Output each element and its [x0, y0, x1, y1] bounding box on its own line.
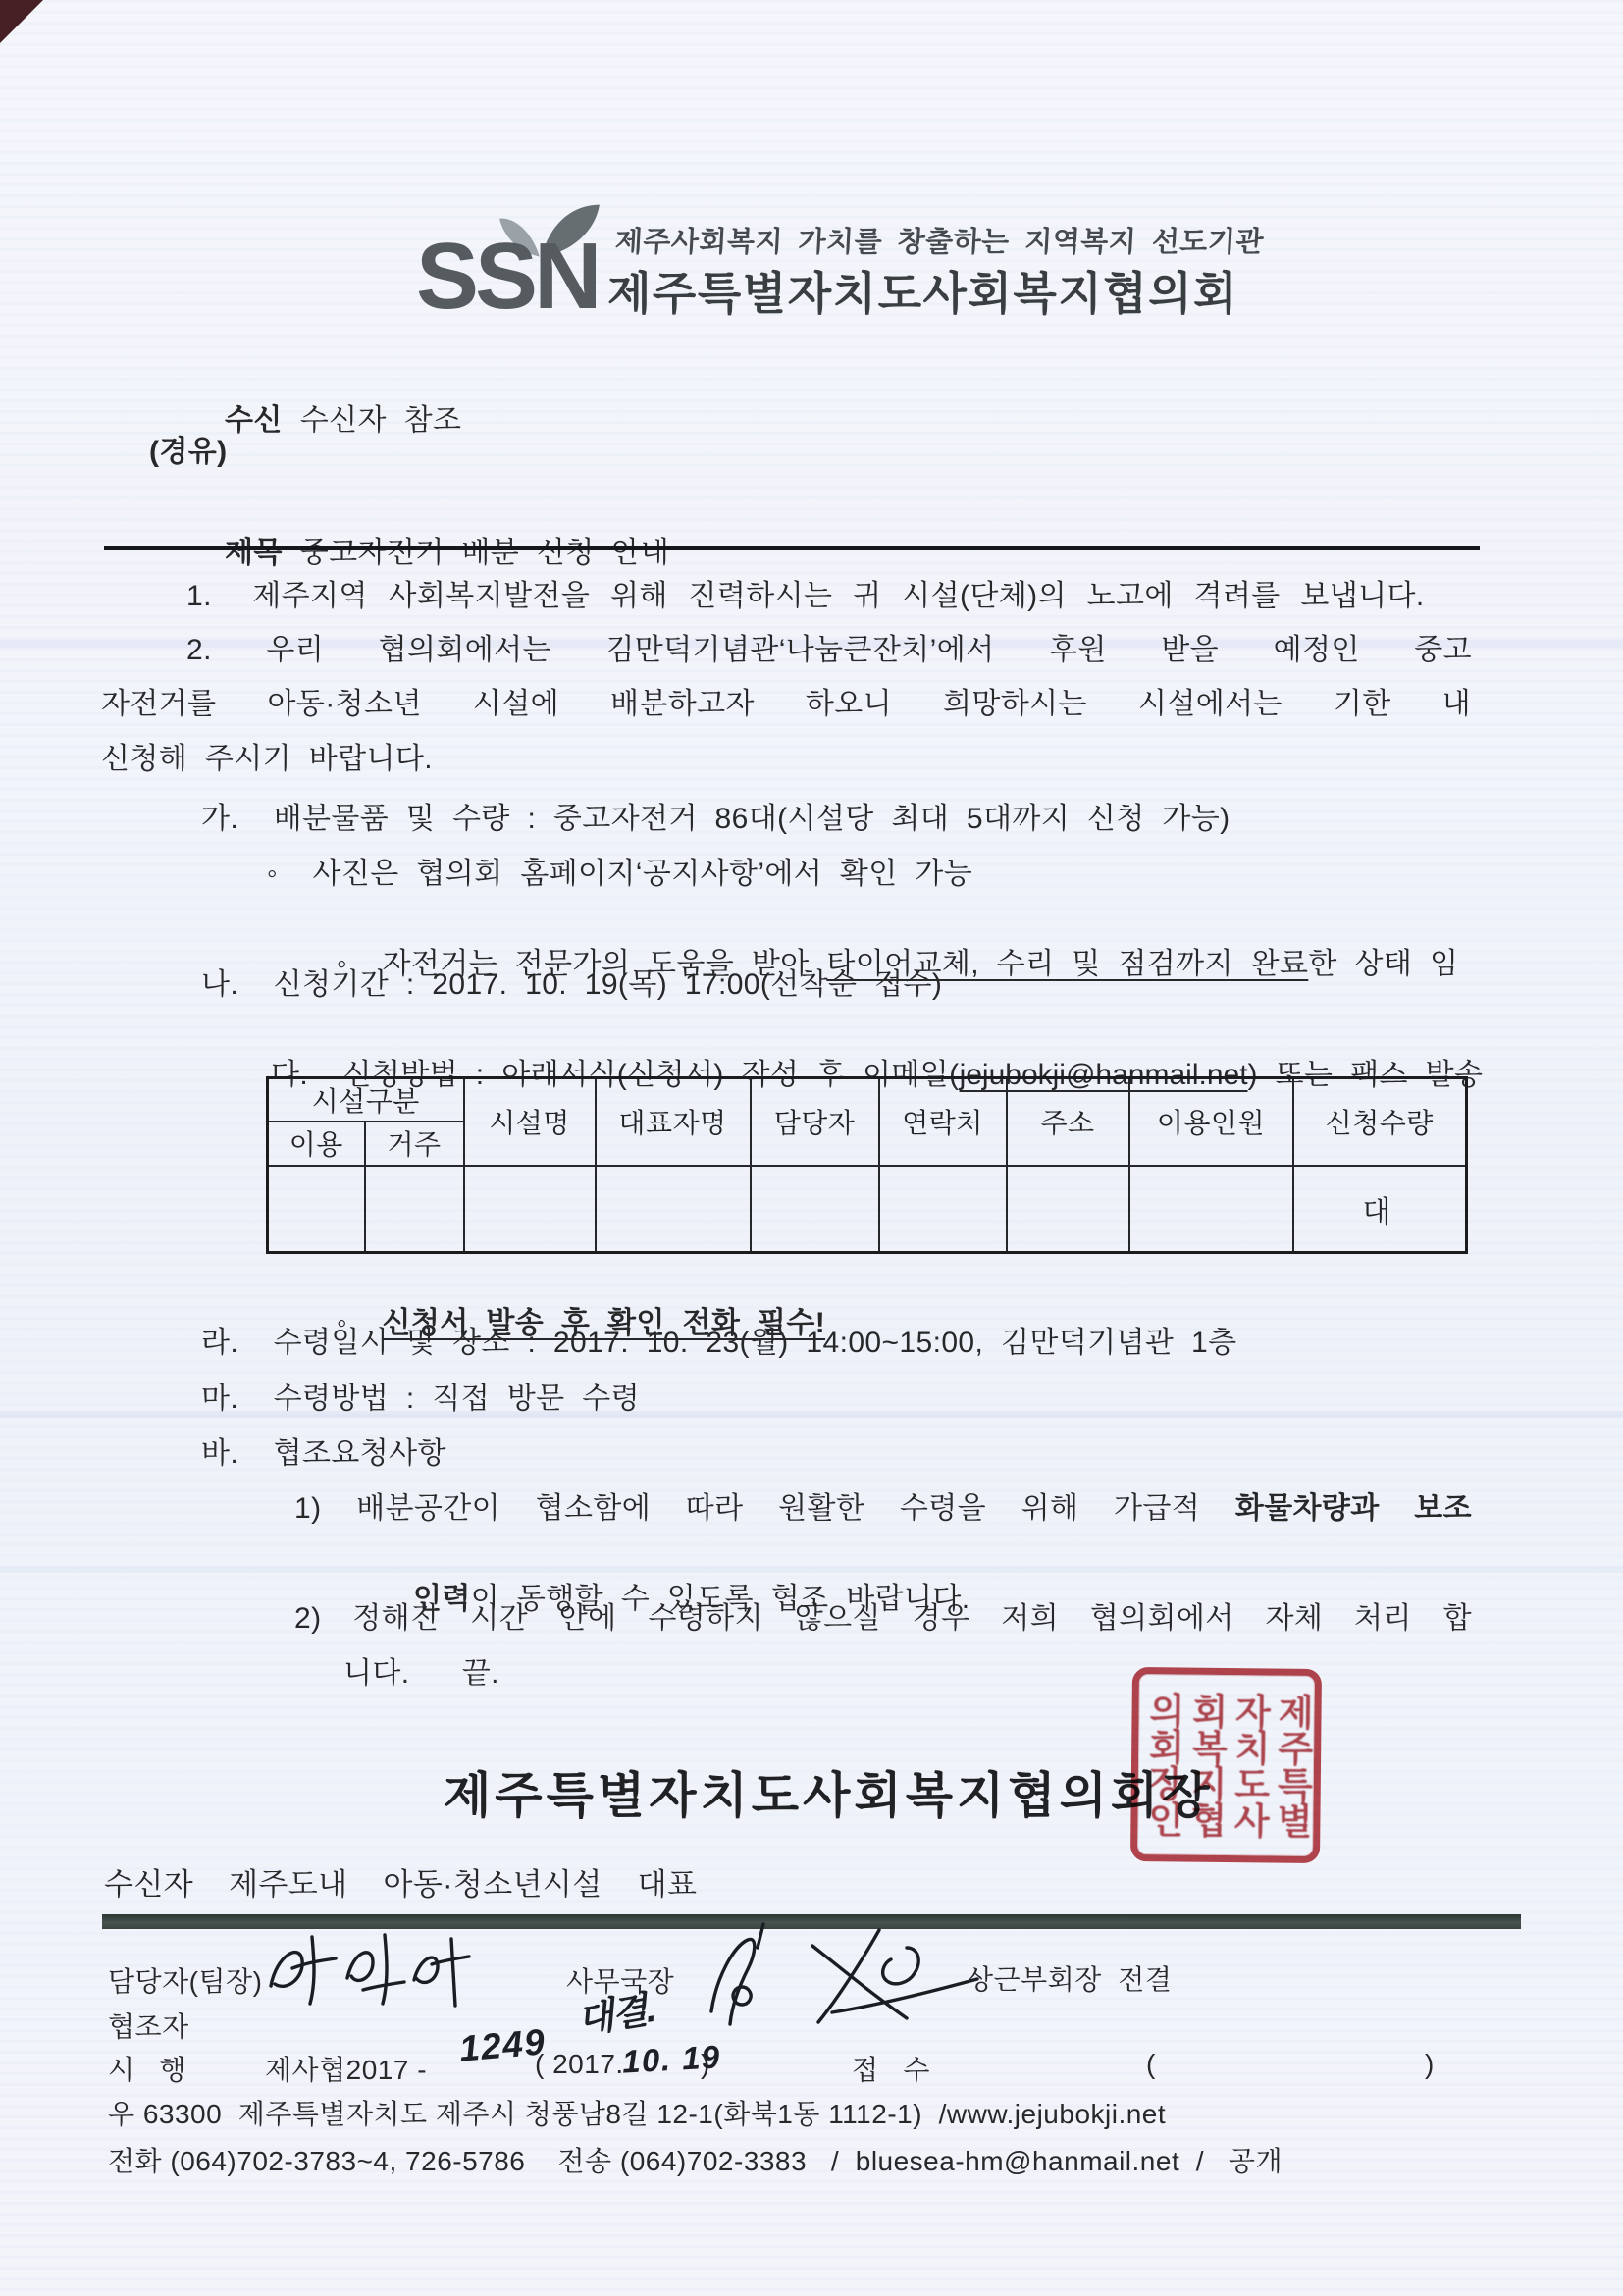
col-address: 주소 — [1007, 1078, 1129, 1166]
manager-label: 담당자(팀장) — [108, 1960, 262, 2000]
seal-text: 의회장인 — [1141, 1692, 1182, 1837]
seal-column: 의회장인 — [1141, 1678, 1182, 1851]
subject-value: 중고자전거 배분 신청 안내 — [300, 537, 669, 569]
body-line: 신청해 주시기 바랍니다. — [101, 742, 433, 777]
seal-column: 제주특별 — [1270, 1679, 1311, 1852]
scanned-official-document: SSN 제주사회복지 가치를 창출하는 지역복지 선도기관 제주특별자치도사회복… — [0, 0, 1623, 2296]
col-manager: 담당자 — [751, 1078, 879, 1166]
subject-label: 제목 — [225, 537, 283, 569]
doc-number-prefix: 제사협2017 - — [265, 2049, 427, 2088]
col-users: 이용인원 — [1129, 1078, 1293, 1166]
seal-column: 회복지협 — [1184, 1679, 1226, 1852]
cell-use — [268, 1166, 365, 1253]
secretary-general-signature — [687, 1918, 981, 2034]
sub-item-1-pre: 1) 배분공간이 협소함에 따라 원활한 수령을 위해 가급적 — [294, 1492, 1235, 1525]
application-form-table: 시설구분 시설명 대표자명 담당자 연락처 주소 이용인원 신청수량 이용 거주… — [266, 1076, 1468, 1254]
receipt-paren-open: ( — [1146, 2049, 1156, 2080]
bullet-bicycle-post: 한 상태 임 — [1308, 948, 1458, 980]
col-representative: 대표자명 — [596, 1078, 751, 1166]
phone-line: 전화 (064)702-3783~4, 726-5786 전송 (064)702… — [108, 2140, 1283, 2179]
official-seal-stamp: 제주특별 자치도사 회복지협 의회장인 — [1130, 1667, 1322, 1863]
cooperator-label: 협조자 — [108, 2006, 189, 2045]
receipt-paren-close: ) — [1425, 2049, 1435, 2080]
cell-quantity-unit: 대 — [1293, 1166, 1467, 1253]
item-na: 나. 신청기간 : 2017. 10. 19(목) 17:00(선착순 접수) — [201, 967, 942, 1003]
recipients-line: 수신자 제주도내 아동·청소년시설 대표 — [104, 1867, 697, 1903]
body-line: 2. 우리 협의회에서는 김만덕기념관‘나눔큰잔치’에서 후원 받을 예정인 중… — [186, 633, 1472, 668]
scan-corner-fold — [0, 0, 43, 43]
header-rule — [104, 546, 1480, 550]
cell-users — [1129, 1166, 1293, 1253]
col-contact: 연락처 — [879, 1078, 1007, 1166]
manager-signature — [257, 1921, 488, 2024]
execution-date-open: ( 2017. — [535, 2049, 624, 2080]
item-ba: 바. 협조요청사항 — [201, 1436, 446, 1472]
col-facility-name: 시설명 — [464, 1078, 596, 1166]
execution-date-close: ) — [701, 2049, 710, 2080]
final-approver-label: 상근부회장 전결 — [967, 1958, 1172, 1998]
logo-slogan: 제주사회복지 가치를 창출하는 지역복지 선도기관 — [614, 220, 1265, 260]
col-quantity: 신청수량 — [1293, 1078, 1467, 1166]
table-row: 대 — [268, 1166, 1467, 1253]
receipt-label: 접 수 — [852, 2049, 930, 2088]
logo-acronym: SSN — [416, 230, 598, 324]
col-group-header: 시설구분 — [268, 1078, 464, 1122]
item-ra: 라. 수령일시 및 장소 : 2017. 10. 23(월) 14:00~15:… — [201, 1326, 1236, 1361]
via-line: (경유) — [149, 435, 228, 470]
issuer-title: 제주특별자치도사회복지협의회장 — [444, 1756, 1214, 1827]
cell-representative — [596, 1166, 751, 1253]
cell-facility — [464, 1166, 596, 1253]
org-name: 제주특별자치도사회복지협의회 — [607, 258, 1238, 323]
cell-contact — [879, 1166, 1007, 1253]
col-sub-residence: 거주 — [365, 1122, 464, 1166]
recipient-label: 수신 — [225, 404, 283, 437]
seal-column: 자치도사 — [1227, 1679, 1268, 1852]
sub-item-2: 2) 정해진 시간 안에 수령하지 않으실 경우 저희 협의회에서 자체 처리 … — [294, 1601, 1472, 1637]
bullet-photo: ◦ 사진은 협의회 홈페이지‘공지사항’에서 확인 가능 — [267, 857, 972, 892]
delegated-approval-note: 대결. — [573, 1978, 657, 2044]
cell-address — [1007, 1166, 1129, 1253]
body-line: 자전거를 아동·청소년 시설에 배분하고자 하오니 희망하시는 시설에서는 기한… — [101, 687, 1471, 722]
item-ga: 가. 배분물품 및 수량 : 중고자전거 86대(시설당 최대 5대까지 신청 … — [201, 802, 1230, 837]
sub-item-2-cont: 니다. 끝. — [343, 1656, 499, 1692]
seal-text: 회복지협 — [1184, 1693, 1226, 1838]
sub-item-1-bold: 화물차량과 보조 — [1235, 1492, 1472, 1525]
cell-residence — [365, 1166, 464, 1253]
execution-label: 시 행 — [108, 2049, 186, 2088]
item-ma: 마. 수령방법 : 직접 방문 수령 — [201, 1382, 640, 1417]
seal-text: 제주특별 — [1270, 1693, 1311, 1838]
cell-manager — [751, 1166, 879, 1253]
sub-item-1: 1) 배분공간이 협소함에 따라 원활한 수령을 위해 가급적 화물차량과 보조 — [294, 1491, 1472, 1527]
seal-text: 자치도사 — [1228, 1693, 1269, 1838]
address-line: 우 63300 제주특별자치도 제주시 청풍남8길 12-1(화북1동 1112… — [108, 2093, 1166, 2132]
body-line: 1. 제주지역 사회복지발전을 위해 진력하시는 귀 시설(단체)의 노고에 격… — [186, 579, 1425, 614]
col-sub-use: 이용 — [268, 1122, 365, 1166]
recipient-value: 수신자 참조 — [300, 404, 462, 437]
